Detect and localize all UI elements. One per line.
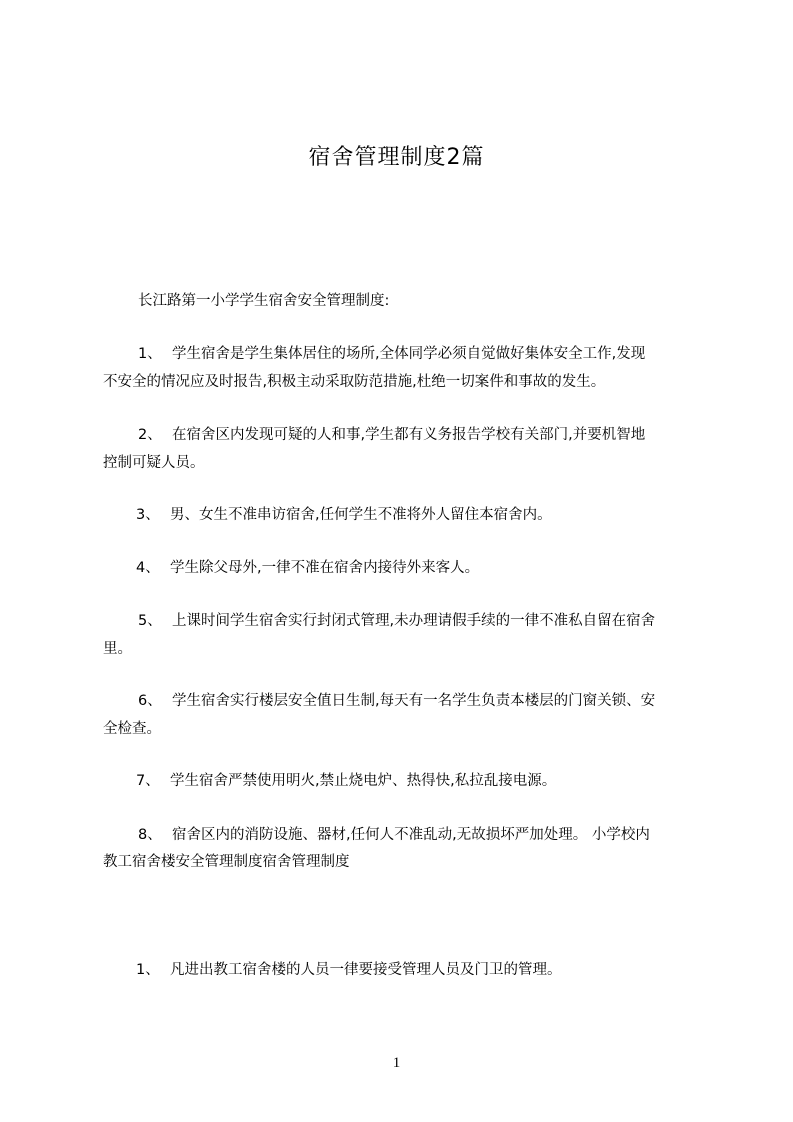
list-item-5-line2: 里。 xyxy=(103,639,132,659)
item-number: 5、 xyxy=(138,611,172,631)
item-number: 1、 xyxy=(136,960,170,980)
list-item-1-line1: 1、学生宿舍是学生集体居住的场所,全体同学必须自觉做好集体安全工作,发现 xyxy=(138,344,645,364)
list-item-7: 7、学生宿舍严禁使用明火,禁止烧电炉、热得快,私拉乱接电源。 xyxy=(136,771,556,791)
item-number: 3、 xyxy=(136,505,170,525)
item-number: 7、 xyxy=(136,771,170,791)
list-item-8-line1: 8、宿舍区内的消防设施、器材,任何人不准乱动,无故损坏严加处理。 小学校内 xyxy=(138,825,650,845)
item-number: 2、 xyxy=(138,425,172,445)
document-title: 宿舍管理制度2篇 xyxy=(0,140,793,171)
list-item-2-line1: 2、在宿舍区内发现可疑的人和事,学生都有义务报告学校有关部门,并要机智地 xyxy=(138,425,645,445)
item-number: 8、 xyxy=(138,825,172,845)
page-number: 1 xyxy=(0,1055,793,1072)
list-item-3: 3、男、女生不准串访宿舍,任何学生不准将外人留住本宿舍内。 xyxy=(136,505,552,525)
list-item-6-line2: 全检查。 xyxy=(103,719,161,739)
item-number: 1、 xyxy=(138,344,172,364)
list-item-6-line1: 6、学生宿舍实行楼层安全值日生制,每天有一名学生负责本楼层的门窗关锁、安 xyxy=(138,691,655,711)
list-item-8-line2: 教工宿舍楼安全管理制度宿舍管理制度 xyxy=(103,852,350,872)
list-item-1-line2: 不安全的情况应及时报告,积极主动采取防范措施,杜绝一切案件和事故的发生。 xyxy=(103,372,605,392)
item-number: 6、 xyxy=(138,691,172,711)
section-heading: 长江路第一小学学生宿舍安全管理制度: xyxy=(138,291,389,311)
item-number: 4、 xyxy=(136,558,170,578)
list-item-2-line2: 控制可疑人员。 xyxy=(103,453,205,473)
list-item-4: 4、学生除父母外,一律不准在宿舍内接待外来客人。 xyxy=(136,558,479,578)
section2-list-item-1: 1、凡进出教工宿舍楼的人员一律要接受管理人员及门卫的管理。 xyxy=(136,960,562,980)
list-item-5-line1: 5、上课时间学生宿舍实行封闭式管理,未办理请假手续的一律不准私自留在宿舍 xyxy=(138,611,655,631)
